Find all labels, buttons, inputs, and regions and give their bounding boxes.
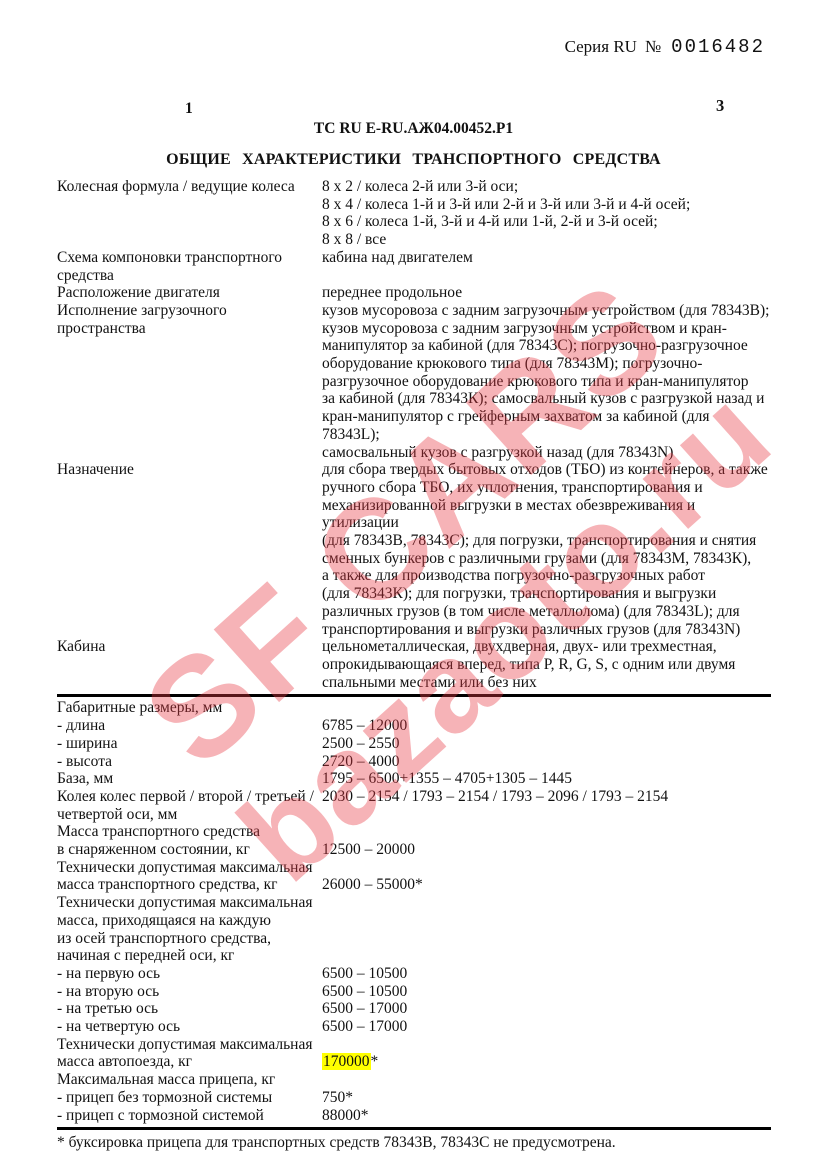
row-label: Масса транспортного средства — [57, 823, 322, 841]
serial-header: Серия RU№0016482 — [565, 36, 765, 58]
table-row: масса автопоезда, кг170000* — [57, 1053, 771, 1071]
row-value: оборудование крюкового типа (для 78343M)… — [322, 355, 771, 373]
table-bottom-section: Габаритные размеры, мм- длина6785 – 1200… — [57, 699, 771, 1124]
row-value: за кабиной (для 78343К); самосвальный ку… — [322, 390, 771, 408]
table-row: Технически допустимая максимальная — [57, 894, 771, 912]
row-label: Технически допустимая максимальная — [57, 1036, 322, 1054]
table-row: Исполнение загрузочногокузов мусоровоза … — [57, 302, 771, 320]
row-label — [57, 567, 322, 585]
table-row: манипулятор за кабиной (для 78343C); пог… — [57, 337, 771, 355]
table-row: - ширина2500 – 2550 — [57, 735, 771, 753]
row-label — [57, 656, 322, 674]
row-value: кузов мусоровоза с задним загрузочным ус… — [322, 302, 771, 320]
row-value — [322, 823, 771, 841]
row-value: кран-манипулятор с грейферным захватом з… — [322, 408, 771, 443]
row-value: цельнометаллическая, двухдверная, двух- … — [322, 638, 771, 656]
row-value: 6500 – 10500 — [322, 983, 771, 1001]
row-value — [322, 1036, 771, 1054]
row-value: опрокидывающаяся вперед, типа P, R, G, S… — [322, 656, 771, 674]
row-label — [57, 196, 322, 214]
table-row: - на третью ось6500 – 17000 — [57, 1000, 771, 1018]
table-row: Расположение двигателяпереднее продольно… — [57, 284, 771, 302]
row-value: (для 78343К); для погрузки, транспортиро… — [322, 585, 771, 603]
table-row: 8 х 6 / колеса 1-й, 3-й и 4-й или 1-й, 2… — [57, 213, 771, 231]
row-label: - на первую ось — [57, 965, 322, 983]
table-row: 8 х 8 / все — [57, 231, 771, 249]
row-label: - на третью ось — [57, 1000, 322, 1018]
row-label — [57, 674, 322, 692]
row-value: 26000 – 55000* — [322, 876, 771, 894]
row-value: (для 78343B, 78343C); для погрузки, тран… — [322, 532, 771, 550]
row-value: 6500 – 17000 — [322, 1000, 771, 1018]
table-row: Схема компоновки транспортногокабина над… — [57, 249, 771, 267]
table-row: ручного сбора ТБО, их уплотнения, трансп… — [57, 479, 771, 497]
row-value: сменных бункеров с различными грузами (д… — [322, 550, 771, 568]
row-value: переднее продольное — [322, 284, 771, 302]
row-value: 6500 – 17000 — [322, 1018, 771, 1036]
table-row: - прицеп без тормозной системы750* — [57, 1089, 771, 1107]
row-value: для сбора твердых бытовых отходов (ТБО) … — [322, 461, 771, 479]
table-row: Колесная формула / ведущие колеса8 х 2 /… — [57, 178, 771, 196]
row-value — [322, 859, 771, 877]
table-row: за кабиной (для 78343К); самосвальный ку… — [57, 390, 771, 408]
table-row: кран-манипулятор с грейферным захватом з… — [57, 408, 771, 443]
row-value: 1795 – 6500+1355 – 4705+1305 – 1445 — [322, 770, 771, 788]
row-value: 8 х 6 / колеса 1-й, 3-й и 4-й или 1-й, 2… — [322, 213, 771, 231]
row-value: транспортирования и выгрузки различных г… — [322, 621, 771, 639]
number-sign: № — [645, 37, 661, 56]
separator-rule-top — [57, 694, 771, 697]
row-value — [322, 267, 771, 285]
row-label — [57, 231, 322, 249]
row-value — [322, 806, 771, 824]
row-label: средства — [57, 267, 322, 285]
table-row: - на первую ось6500 – 10500 — [57, 965, 771, 983]
table-row: 8 х 4 / колеса 1-й и 3-й или 2-й и 3-й и… — [57, 196, 771, 214]
row-value: самосвальный кузов с разгрузкой назад (д… — [322, 444, 771, 462]
serial-number: 0016482 — [671, 36, 765, 58]
row-label: Колея колес первой / второй / третьей / — [57, 788, 322, 806]
row-label: Габаритные размеры, мм — [57, 699, 322, 717]
row-label — [57, 621, 322, 639]
row-value: различных грузов (в том числе металлолом… — [322, 603, 771, 621]
row-label: четвертой оси, мм — [57, 806, 322, 824]
table-top-section: Колесная формула / ведущие колеса8 х 2 /… — [57, 178, 771, 691]
page-number-right: 3 — [716, 96, 724, 116]
row-label: Колесная формула / ведущие колеса — [57, 178, 322, 196]
row-value — [322, 1071, 771, 1089]
row-value: 6785 – 12000 — [322, 717, 771, 735]
serial-label: Серия RU — [565, 37, 637, 56]
table-row: - высота2720 – 4000 — [57, 753, 771, 771]
row-value — [322, 699, 771, 717]
table-row: опрокидывающаяся вперед, типа P, R, G, S… — [57, 656, 771, 674]
row-value: 8 х 4 / колеса 1-й и 3-й или 2-й и 3-й и… — [322, 196, 771, 214]
row-label: масса транспортного средства, кг — [57, 876, 322, 894]
row-label: Технически допустимая максимальная — [57, 859, 322, 877]
row-label: Назначение — [57, 461, 322, 479]
document-page: Серия RU№0016482 1 3 ТС RU E-RU.АЖ04.004… — [0, 0, 827, 1170]
table-row: Кабинацельнометаллическая, двухдверная, … — [57, 638, 771, 656]
row-value: а также для производства погрузочно-разг… — [322, 567, 771, 585]
row-label — [57, 390, 322, 408]
row-label — [57, 213, 322, 231]
table-row: (для 78343К); для погрузки, транспортиро… — [57, 585, 771, 603]
row-label — [57, 532, 322, 550]
page-number-left: 1 — [185, 100, 193, 118]
table-row: Габаритные размеры, мм — [57, 699, 771, 717]
table-row: начиная с передней оси, кг — [57, 947, 771, 965]
row-label: - высота — [57, 753, 322, 771]
row-label — [57, 337, 322, 355]
row-label: Технически допустимая максимальная — [57, 894, 322, 912]
row-label: масса, приходящаяся на каждую — [57, 912, 322, 930]
table-row: масса, приходящаяся на каждую — [57, 912, 771, 930]
separator-rule-bottom — [57, 1127, 771, 1130]
table-row: самосвальный кузов с разгрузкой назад (д… — [57, 444, 771, 462]
table-row: спальными местами или без них — [57, 674, 771, 692]
row-value: манипулятор за кабиной (для 78343C); пог… — [322, 337, 771, 355]
table-row: масса транспортного средства, кг26000 – … — [57, 876, 771, 894]
table-row: средства — [57, 267, 771, 285]
characteristics-table: Колесная формула / ведущие колеса8 х 2 /… — [57, 178, 771, 1152]
table-row: Максимальная масса прицепа, кг — [57, 1071, 771, 1089]
table-row: (для 78343B, 78343C); для погрузки, тран… — [57, 532, 771, 550]
row-label: начиная с передней оси, кг — [57, 947, 322, 965]
row-label — [57, 550, 322, 568]
row-label — [57, 444, 322, 462]
table-row: а также для производства погрузочно-разг… — [57, 567, 771, 585]
row-value: спальными местами или без них — [322, 674, 771, 692]
table-row: четвертой оси, мм — [57, 806, 771, 824]
table-row: сменных бункеров с различными грузами (д… — [57, 550, 771, 568]
row-label: пространства — [57, 320, 322, 338]
table-row: различных грузов (в том числе металлолом… — [57, 603, 771, 621]
footnote: * буксировка прицепа для транспортных ср… — [57, 1134, 771, 1152]
row-label — [57, 603, 322, 621]
row-label: Схема компоновки транспортного — [57, 249, 322, 267]
row-label: масса автопоезда, кг — [57, 1053, 322, 1071]
row-label: - на вторую ось — [57, 983, 322, 1001]
table-row: в снаряженном состоянии, кг12500 – 20000 — [57, 841, 771, 859]
row-value: 8 х 2 / колеса 2-й или 3-й оси; — [322, 178, 771, 196]
row-label: - прицеп без тормозной системы — [57, 1089, 322, 1107]
row-value: 750* — [322, 1089, 771, 1107]
row-label: - длина — [57, 717, 322, 735]
highlighted-value: 170000 — [322, 1053, 371, 1070]
row-label: - ширина — [57, 735, 322, 753]
table-row: Технически допустимая максимальная — [57, 1036, 771, 1054]
row-value — [322, 912, 771, 930]
table-row: пространствакузов мусоровоза с задним за… — [57, 320, 771, 338]
row-value: механизированной выгрузки в местах обезв… — [322, 497, 771, 532]
row-value: ручного сбора ТБО, их уплотнения, трансп… — [322, 479, 771, 497]
row-label: Максимальная масса прицепа, кг — [57, 1071, 322, 1089]
document-number: ТС RU E-RU.АЖ04.00452.Р1 — [0, 120, 827, 138]
row-value — [322, 894, 771, 912]
row-label — [57, 479, 322, 497]
row-value: кабина над двигателем — [322, 249, 771, 267]
table-row: - на вторую ось6500 – 10500 — [57, 983, 771, 1001]
row-value: 2500 – 2550 — [322, 735, 771, 753]
row-value — [322, 930, 771, 948]
table-row: из осей транспортного средства, — [57, 930, 771, 948]
row-value: 8 х 8 / все — [322, 231, 771, 249]
row-label: в снаряженном состоянии, кг — [57, 841, 322, 859]
row-value: кузов мусоровоза с задним загрузочным ус… — [322, 320, 771, 338]
row-value: разгрузочное оборудование крюкового типа… — [322, 373, 771, 391]
row-value: 12500 – 20000 — [322, 841, 771, 859]
table-row: - длина6785 – 12000 — [57, 717, 771, 735]
table-row: Масса транспортного средства — [57, 823, 771, 841]
row-label — [57, 497, 322, 532]
table-row: Колея колес первой / второй / третьей /2… — [57, 788, 771, 806]
row-value: 2720 – 4000 — [322, 753, 771, 771]
row-value: 2030 – 2154 / 1793 – 2154 / 1793 – 2096 … — [322, 788, 771, 806]
table-row: Технически допустимая максимальная — [57, 859, 771, 877]
row-value: 88000* — [322, 1107, 771, 1125]
row-value — [322, 947, 771, 965]
row-label — [57, 585, 322, 603]
row-label: - прицеп с тормозной системой — [57, 1107, 322, 1125]
table-row: разгрузочное оборудование крюкового типа… — [57, 373, 771, 391]
row-value: 170000* — [322, 1053, 771, 1071]
row-label — [57, 373, 322, 391]
row-label — [57, 408, 322, 443]
table-row: База, мм1795 – 6500+1355 – 4705+1305 – 1… — [57, 770, 771, 788]
row-label: Расположение двигателя — [57, 284, 322, 302]
table-row: - прицеп с тормозной системой88000* — [57, 1107, 771, 1125]
table-row: Назначениедля сбора твердых бытовых отхо… — [57, 461, 771, 479]
table-row: механизированной выгрузки в местах обезв… — [57, 497, 771, 532]
row-label: Исполнение загрузочного — [57, 302, 322, 320]
row-label: База, мм — [57, 770, 322, 788]
table-row: - на четвертую ось6500 – 17000 — [57, 1018, 771, 1036]
row-label — [57, 355, 322, 373]
table-row: оборудование крюкового типа (для 78343M)… — [57, 355, 771, 373]
row-label: Кабина — [57, 638, 322, 656]
row-value: 6500 – 10500 — [322, 965, 771, 983]
row-label: - на четвертую ось — [57, 1018, 322, 1036]
section-heading: ОБЩИЕ ХАРАКТЕРИСТИКИ ТРАНСПОРТНОГО СРЕДС… — [0, 151, 827, 169]
table-row: транспортирования и выгрузки различных г… — [57, 621, 771, 639]
row-label: из осей транспортного средства, — [57, 930, 322, 948]
